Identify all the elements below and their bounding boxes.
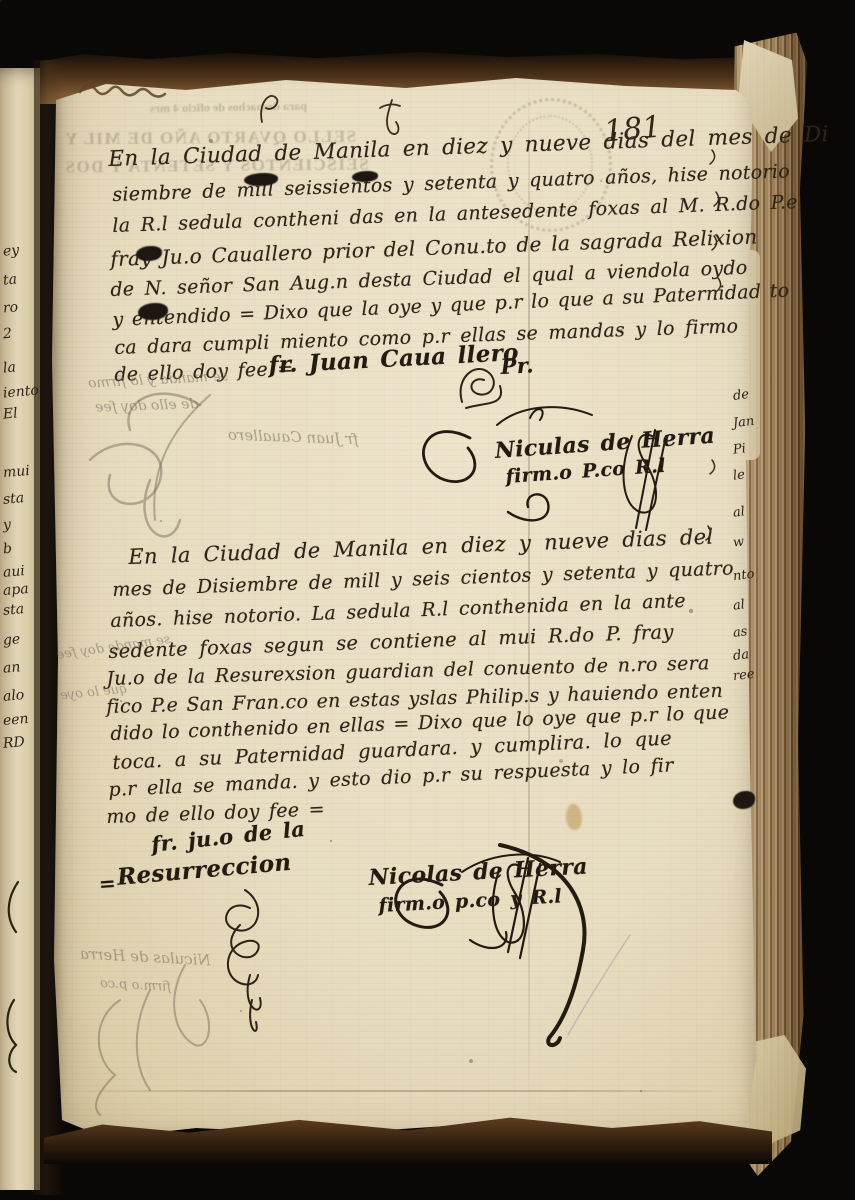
nicolas-herrera-1-flourish	[424, 407, 666, 530]
right-margin-tick-marks	[706, 150, 721, 540]
resurreccion-rubric	[226, 890, 261, 1031]
top-ink-mark	[261, 96, 400, 134]
top-ornament-flourish	[80, 85, 165, 96]
manuscript-photo: para despachos de oficio 4 mrs SELLO QVA…	[0, 0, 855, 1200]
left-strip-flourish	[7, 882, 18, 1072]
pencil-stray-line	[568, 935, 630, 1035]
ink-flourishes-layer	[0, 0, 855, 1200]
ghost-signature-bleed-middle	[90, 394, 210, 537]
juan-cavallero-rubric	[461, 369, 502, 408]
ghost-loops-bleed-bottom	[96, 965, 209, 1115]
nicolas-herrera-2-flourish	[396, 845, 585, 1045]
